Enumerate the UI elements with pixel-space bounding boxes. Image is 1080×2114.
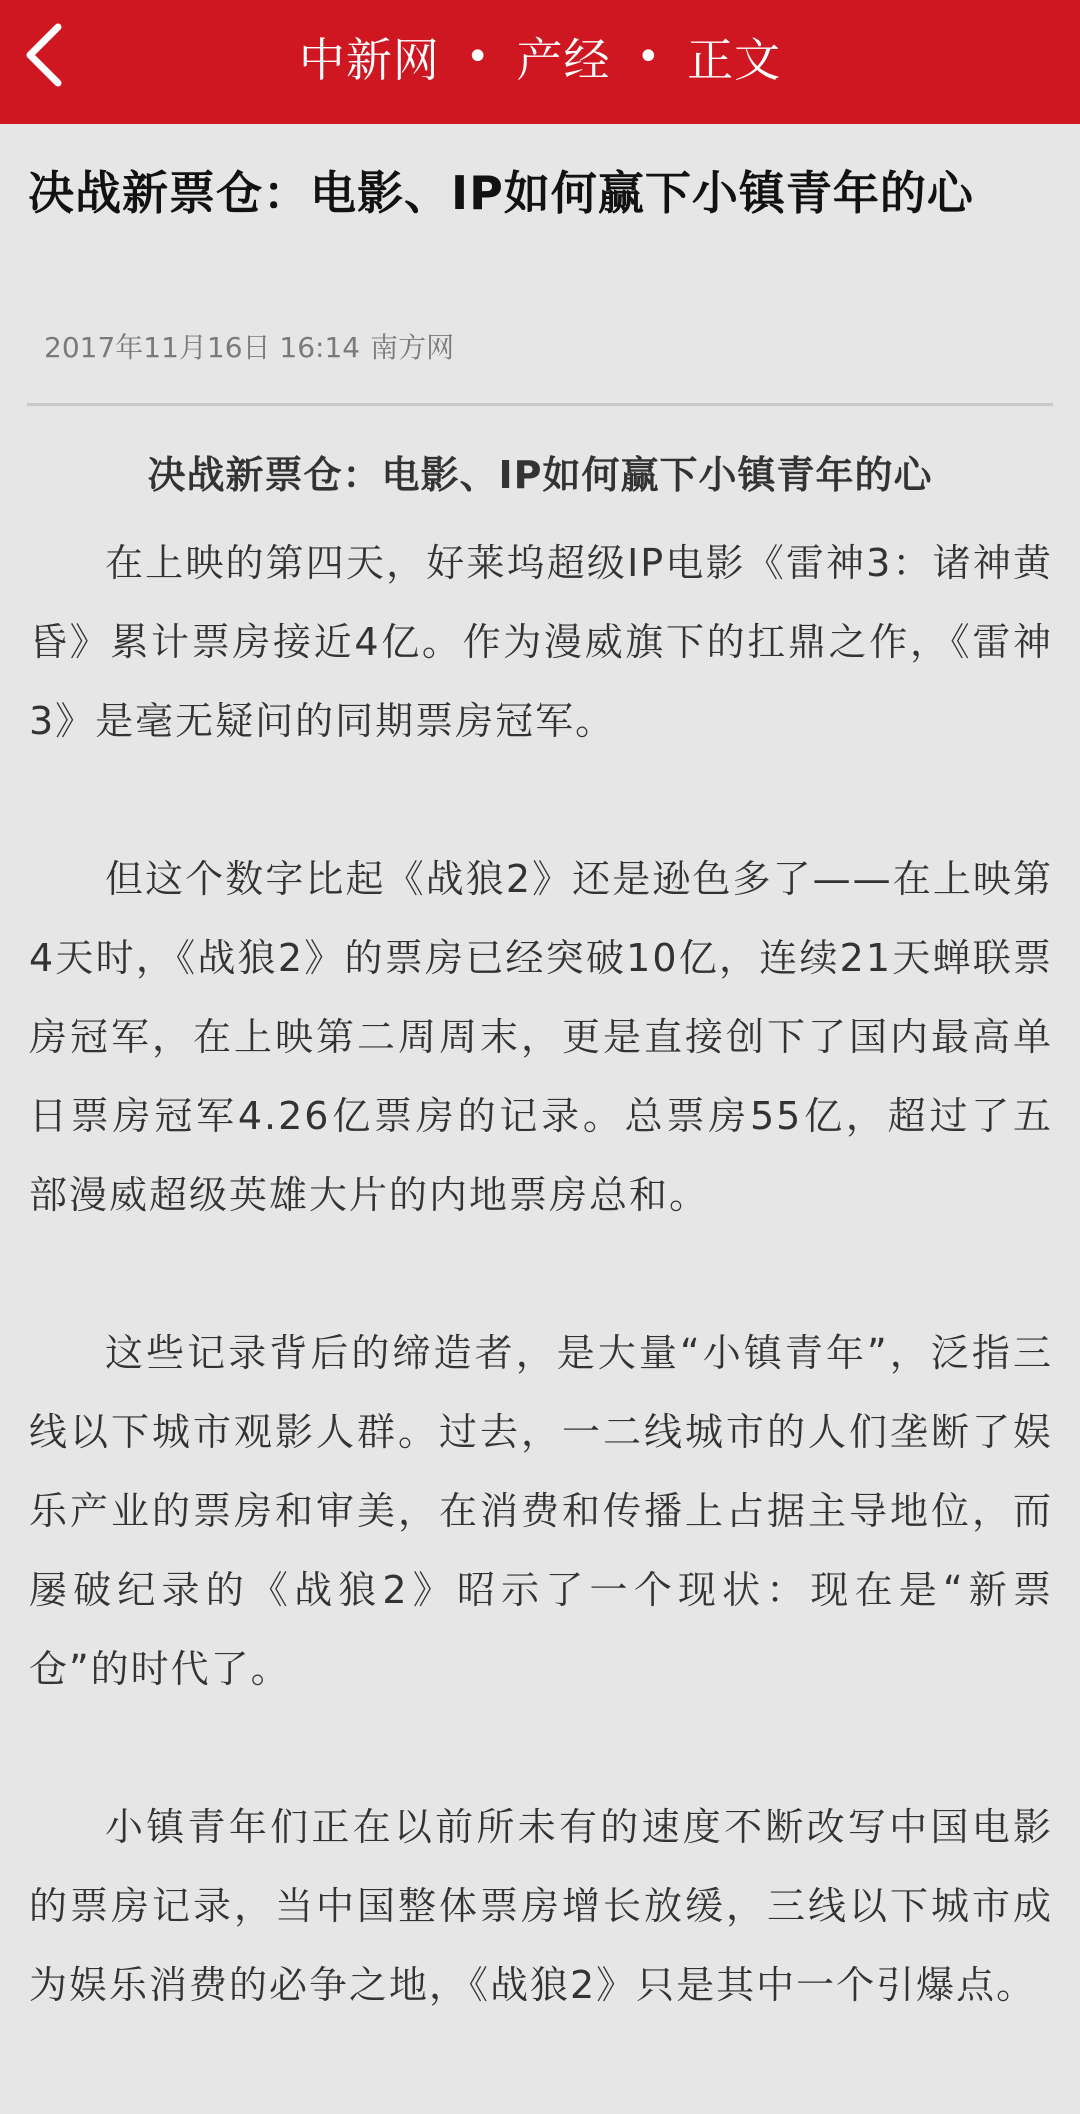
article-subtitle: 决战新票仓：电影、IP如何赢下小镇青年的心 <box>0 444 1080 499</box>
breadcrumb-page: 正文 <box>687 24 781 90</box>
paragraph: 但这个数字比起《战狼2》还是逊色多了——在上映第4天时，《战狼2》的票房已经突破… <box>29 840 1053 1235</box>
paragraph: 小镇青年们正在以前所未有的速度不断改写中国电影的票房记录，当中国整体票房增长放缓… <box>29 1788 1053 2025</box>
header-divider <box>27 403 1053 406</box>
paragraph: 在上映的第四天，好莱坞超级IP电影《雷神3：诸神黄昏》累计票房接近4亿。作为漫威… <box>29 524 1053 761</box>
article-meta: 2017年11月16日 16:14南方网 <box>44 326 454 366</box>
article-headline: 决战新票仓：电影、IP如何赢下小镇青年的心 <box>28 154 1058 232</box>
breadcrumb-separator: • <box>637 34 662 80</box>
breadcrumb: 中新网 • 产经 • 正文 <box>0 22 1080 92</box>
breadcrumb-site[interactable]: 中新网 <box>299 24 440 90</box>
article-body: 在上映的第四天，好莱坞超级IP电影《雷神3：诸神黄昏》累计票房接近4亿。作为漫威… <box>29 524 1053 2104</box>
top-navigation-bar: 中新网 • 产经 • 正文 <box>0 0 1080 124</box>
publish-datetime: 2017年11月16日 16:14 <box>44 331 360 364</box>
breadcrumb-channel[interactable]: 产经 <box>517 24 611 90</box>
article-source: 南方网 <box>370 331 454 364</box>
breadcrumb-separator: • <box>466 34 491 80</box>
paragraph: 这些记录背后的缔造者，是大量“小镇青年”，泛指三线以下城市观影人群。过去，一二线… <box>29 1314 1053 1709</box>
